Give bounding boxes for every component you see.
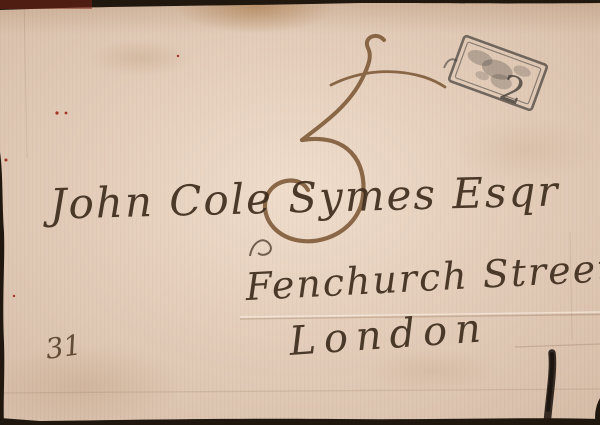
bottom-right-corner-shadow (595, 398, 600, 425)
docket-number: 31 (43, 328, 83, 366)
address-line-1: John Cole Symes Esqr (41, 166, 561, 229)
red-speck (177, 55, 179, 57)
bottom-edge-band (0, 418, 600, 425)
postmark-box: 2 (446, 35, 548, 118)
address-line-3: London (287, 305, 491, 365)
red-specks (5, 55, 180, 297)
rate-5-stem (302, 36, 384, 140)
capital-f-flourish (250, 240, 271, 256)
top-edge-red-tint (0, 0, 92, 9)
red-speck (13, 295, 15, 297)
red-speck (55, 111, 58, 114)
crease-vertical-left (24, 0, 27, 158)
address-line-2: Fenchurch Street (243, 246, 600, 309)
red-speck (65, 112, 68, 115)
rate-5-topbar (331, 72, 445, 87)
address-block: John Cole Symes Esqr Fenchurch Street Lo… (41, 166, 600, 365)
red-speck (5, 159, 8, 162)
crease-line-lower (0, 389, 600, 393)
letter-photo: 5 John Cole Symes Esqr Fenchurch Street … (0, 0, 600, 425)
letter-artwork: 5 John Cole Symes Esqr Fenchurch Street … (0, 0, 600, 425)
left-edge-band (0, 152, 4, 425)
crease-line-right (515, 344, 600, 347)
manuscript-ink-stroke (547, 353, 552, 425)
